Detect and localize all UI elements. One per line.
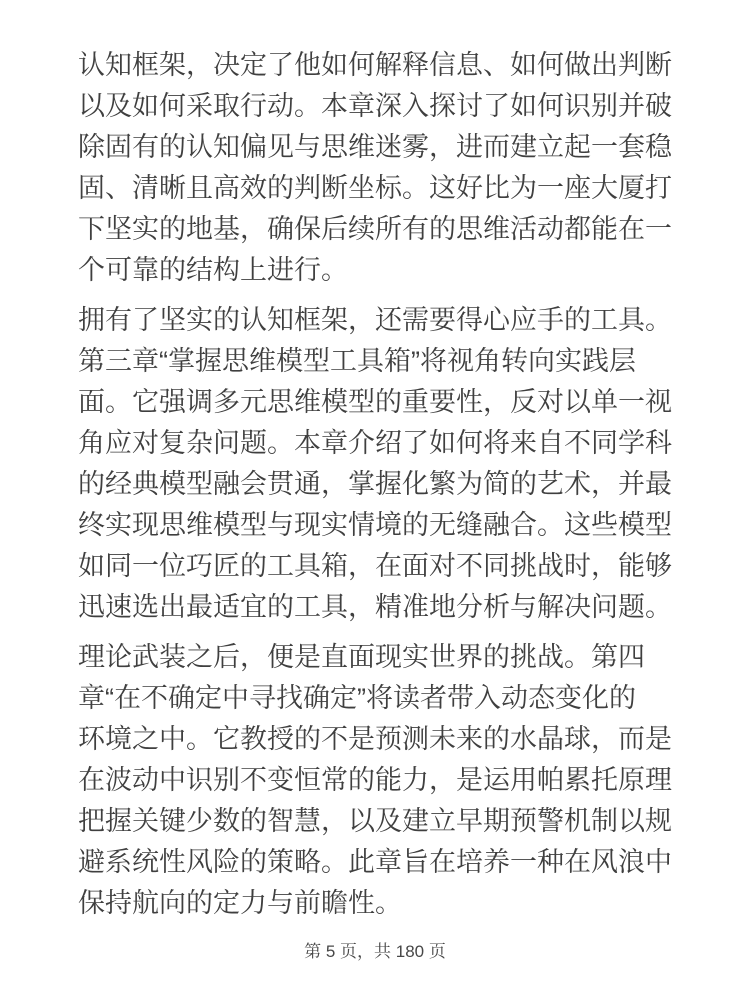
text-line: 角应对复杂问题。本章介绍了如何将来自不同学科 [78,423,674,464]
page-number-indicator: 第 5 页，共 180 页 [304,942,446,961]
text-line: 认知框架，决定了他如何解释信息、如何做出判断 [78,45,674,86]
text-line: 拥有了坚实的认知框架，还需要得心应手的工具。 [78,300,674,341]
paragraph: 理论武装之后，便是直面现实世界的挑战。第四章“在不确定中寻找确定”将读者带入动态… [78,637,674,924]
text-line: 第三章“掌握思维模型工具箱”将视角转向实践层 [78,341,674,382]
text-line: 在波动中识别不变恒常的能力，是运用帕累托原理 [78,760,674,801]
text-line: 环境之中。它教授的不是预测未来的水晶球，而是 [78,719,674,760]
paragraph: 认知框架，决定了他如何解释信息、如何做出判断以及如何采取行动。本章深入探讨了如何… [78,45,674,291]
paragraph: 拥有了坚实的认知框架，还需要得心应手的工具。第三章“掌握思维模型工具箱”将视角转… [78,300,674,628]
page-footer: 第 5 页，共 180 页 [0,941,750,963]
text-line: 理论武装之后，便是直面现实世界的挑战。第四 [78,637,674,678]
text-line: 面。它强调多元思维模型的重要性，反对以单一视 [78,382,674,423]
text-line: 以及如何采取行动。本章深入探讨了如何识别并破 [78,86,674,127]
text-line: 把握关键少数的智慧，以及建立早期预警机制以规 [78,801,674,842]
text-line: 终实现思维模型与现实情境的无缝融合。这些模型 [78,505,674,546]
text-line: 迅速选出最适宜的工具，精准地分析与解决问题。 [78,587,674,628]
text-line: 除固有的认知偏见与思维迷雾，进而建立起一套稳 [78,127,674,168]
document-page: 认知框架，决定了他如何解释信息、如何做出判断以及如何采取行动。本章深入探讨了如何… [0,0,750,1000]
text-line: 避系统性风险的策略。此章旨在培养一种在风浪中 [78,842,674,883]
text-line: 如同一位巧匠的工具箱，在面对不同挑战时，能够 [78,546,674,587]
text-line: 保持航向的定力与前瞻性。 [78,883,674,924]
text-line: 的经典模型融会贯通，掌握化繁为简的艺术，并最 [78,464,674,505]
text-line: 个可靠的结构上进行。 [78,250,674,291]
text-line: 章“在不确定中寻找确定”将读者带入动态变化的 [78,678,674,719]
document-body: 认知框架，决定了他如何解释信息、如何做出判断以及如何采取行动。本章深入探讨了如何… [0,0,750,924]
text-line: 下坚实的地基，确保后续所有的思维活动都能在一 [78,209,674,250]
text-line: 固、清晰且高效的判断坐标。这好比为一座大厦打 [78,168,674,209]
